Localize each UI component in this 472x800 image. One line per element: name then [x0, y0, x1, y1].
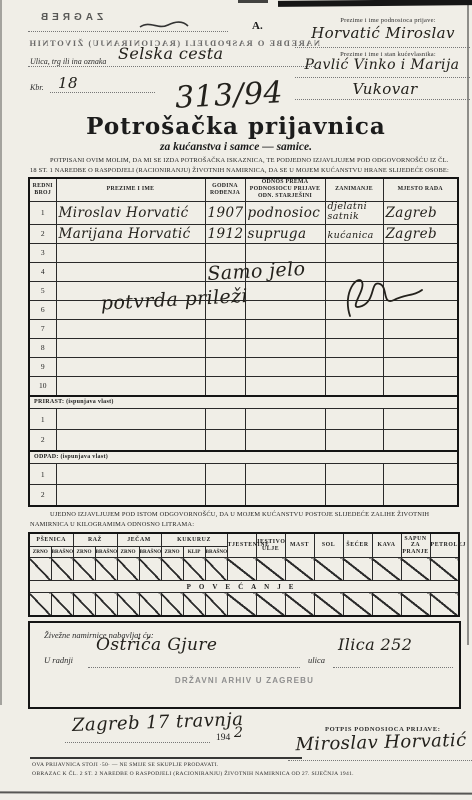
prirast-empty-cell — [245, 409, 325, 430]
member-relation — [245, 319, 325, 338]
col-header-birth-year: GODINA ROĐENJA — [205, 178, 245, 201]
supply-cell-crossed — [139, 593, 161, 617]
prirast-empty-cell — [205, 430, 245, 451]
member-relation — [245, 357, 325, 376]
supply-cell-crossed — [227, 593, 256, 617]
supplies-header: KUKURUZ — [161, 533, 227, 547]
member-relation: supruga — [245, 224, 325, 243]
scan-edge-right — [467, 0, 469, 645]
member-occupation-text: kućanica — [328, 231, 374, 241]
member-occupation — [325, 357, 383, 376]
year-printed: 194 — [216, 733, 230, 743]
odpad-empty-cell — [325, 464, 383, 485]
applicant-name-label: Prezime i ime podnosioca prijave: — [308, 17, 468, 24]
member-occupation — [325, 319, 383, 338]
street-value: Selska cesta — [118, 44, 224, 63]
rule-dotted — [295, 47, 470, 48]
member-ordinal: 4 — [29, 262, 56, 281]
supply-cell-crossed — [139, 558, 161, 581]
footer-fine-print-1: OVA PRIJAVNICA STOJI ·50· — NE SMIJE SE … — [32, 762, 219, 768]
odpad-empty-cell — [383, 464, 458, 485]
supply-cell-crossed — [314, 593, 343, 617]
scan-edge-left — [0, 0, 2, 705]
odpad-empty-cell — [245, 485, 325, 506]
member-row: 7 — [29, 319, 458, 338]
supply-cell-crossed — [285, 558, 314, 581]
col-header-occupation: ZANIMANJE — [325, 178, 383, 201]
house-number-label: Kbr. — [30, 83, 44, 92]
supply-cell-crossed — [256, 593, 285, 617]
member-ordinal: 2 — [29, 224, 56, 243]
member-name — [56, 243, 205, 262]
member-occupation: kućanica — [325, 224, 383, 243]
supplies-subheader: ZRNO — [117, 547, 139, 558]
member-row: 10 — [29, 376, 458, 396]
member-relation: podnosioc — [245, 201, 325, 224]
supply-cell-crossed — [343, 558, 372, 581]
scanned-ration-form: ZAGREB A. NAREDBE O RASPODJELI (RACIONIR… — [0, 0, 472, 800]
supplies-subheader: ZRNO — [29, 547, 51, 558]
shop-name-value: Ostrića Gjure — [96, 635, 217, 655]
member-relation-text: supruga — [248, 226, 307, 242]
odpad-band: ODPAD: (ispunjava vlast) — [29, 451, 458, 464]
odpad-empty-cell — [383, 485, 458, 506]
member-workplace — [383, 376, 458, 396]
prirast-empty-cell — [325, 430, 383, 451]
supplies-header: JEČAM — [117, 533, 161, 547]
declaration-paragraph-1: POTPISANI OVIM MOLIM, DA MI SE IZDA POTR… — [30, 156, 456, 176]
members-header-row: REDNI BROJ PREZIME I IME GODINA ROĐENJA … — [29, 178, 458, 201]
increase-row-label: POVEĆANJE — [29, 581, 459, 593]
applicant-name-value: Horvatić Miroslav — [296, 24, 470, 42]
member-ordinal: 5 — [29, 281, 56, 300]
pen-mark — [138, 18, 190, 32]
prirast-empty-cell — [245, 430, 325, 451]
supplies-subheader: BRAŠNO — [51, 547, 73, 558]
col-header-relation: ODNOS PREMA PODNOSIOCU PRIJAVE ODN. STAR… — [245, 178, 325, 201]
rule-dotted — [288, 760, 472, 761]
member-workplace: Zagreb — [383, 224, 458, 243]
prirast-label: PRIRAST: (ispunjava vlast) — [29, 396, 458, 409]
odpad-empty-cell — [245, 464, 325, 485]
prirast-empty-cell — [56, 409, 205, 430]
scan-edge-top-small — [238, 0, 268, 3]
prirast-empty-cell — [325, 409, 383, 430]
supply-cell-crossed — [401, 558, 430, 581]
member-birth-year-text: 1907 — [208, 205, 244, 221]
supplies-header: PETROLEJ — [430, 533, 459, 558]
prirast-row: 2 — [29, 430, 458, 451]
member-relation — [245, 376, 325, 396]
section-letter: A. — [252, 20, 263, 32]
member-name — [56, 376, 205, 396]
member-name-text: Miroslav Horvatić — [59, 205, 189, 221]
supply-cell-crossed — [117, 593, 139, 617]
food-supplies-table: PŠENICARAŽJEČAMKUKURUZTJESTENINEJESTIVO … — [28, 532, 460, 617]
supply-cell-crossed — [205, 593, 227, 617]
date-place-value: Zagreb 17 travnja — [72, 709, 244, 736]
prirast-empty-cell — [205, 409, 245, 430]
supplies-header: ŠEĆER — [343, 533, 372, 558]
rule-dotted — [65, 742, 210, 743]
rule-dotted — [50, 92, 155, 93]
supply-cell-crossed — [95, 593, 117, 617]
landlord-name-value: Pavlić Vinko i Marija — [294, 57, 470, 73]
shop-street-value: Ilica 252 — [338, 635, 412, 654]
supplies-group-header-row: PŠENICARAŽJEČAMKUKURUZTJESTENINEJESTIVO … — [29, 533, 459, 547]
member-ordinal: 6 — [29, 300, 56, 319]
odpad-empty-cell — [325, 485, 383, 506]
odpad-empty-cell — [205, 485, 245, 506]
member-ordinal: 7 — [29, 319, 56, 338]
rule-dotted — [88, 667, 300, 668]
member-ordinal: 1 — [29, 201, 56, 224]
supplies-header: PŠENICA — [29, 533, 73, 547]
supply-cell-crossed — [430, 593, 459, 617]
supplies-header: SAPUN ZA PRANJE — [401, 533, 430, 558]
member-ordinal: 3 — [29, 243, 56, 262]
member-workplace-text: Zagreb — [386, 205, 438, 221]
odpad-empty-cell — [56, 485, 205, 506]
odpad-row: 2 — [29, 485, 458, 506]
city-stamp-mirrored: ZAGREB — [30, 12, 110, 23]
prirast-ordinal: 2 — [29, 430, 56, 451]
members-body: 1Miroslav Horvatić1907podnosiocdjelatni … — [29, 201, 458, 505]
supplies-header: JESTIVO ULJE — [256, 533, 285, 558]
member-name — [56, 338, 205, 357]
scan-mark-line — [30, 757, 302, 759]
member-workplace-text: Zagreb — [386, 226, 438, 242]
annotation-flourish — [332, 272, 424, 320]
member-birth-year — [205, 338, 245, 357]
street-label: Ulica, trg ili ina oznaka — [30, 57, 106, 66]
member-name: Marijana Horvatić — [56, 224, 205, 243]
prirast-row: 1 — [29, 409, 458, 430]
member-occupation — [325, 376, 383, 396]
col-header-workplace: MJESTO RADA — [383, 178, 458, 201]
supply-cell-crossed — [51, 593, 73, 617]
prirast-ordinal: 1 — [29, 409, 56, 430]
supply-cell-crossed — [73, 593, 95, 617]
scan-edge-bottom — [0, 791, 472, 794]
member-ordinal: 9 — [29, 357, 56, 376]
supply-cell-crossed — [117, 558, 139, 581]
house-number-value: 18 — [58, 74, 78, 92]
prirast-band: PRIRAST: (ispunjava vlast) — [29, 396, 458, 409]
member-birth-year — [205, 319, 245, 338]
supply-cell-crossed — [285, 593, 314, 617]
supply-cell-crossed — [314, 558, 343, 581]
supplies-subheader: BRAŠNO — [95, 547, 117, 558]
increase-row: POVEĆANJE — [29, 581, 459, 593]
supplies-header: MAST — [285, 533, 314, 558]
member-row: 9 — [29, 357, 458, 376]
member-occupation: djelatni satnik — [325, 201, 383, 224]
supply-cell-crossed — [205, 558, 227, 581]
supplies-subheader: BRAŠNO — [205, 547, 227, 558]
member-row: 2Marijana Horvatić1912suprugakućanicaZag… — [29, 224, 458, 243]
supply-cell-crossed — [183, 593, 205, 617]
member-workplace — [383, 357, 458, 376]
household-members-table: REDNI BROJ PREZIME I IME GODINA ROĐENJA … — [28, 177, 459, 507]
col-header-ordinal: REDNI BROJ — [29, 178, 56, 201]
odpad-empty-cell — [56, 464, 205, 485]
supplies-header: TJESTENINE — [227, 533, 256, 558]
member-birth-year: 1907 — [205, 201, 245, 224]
supplies-subheader: BRAŠNO — [139, 547, 161, 558]
member-birth-year — [205, 357, 245, 376]
form-subtitle: za kućanstva i samce — samice. — [0, 141, 472, 153]
rule-dotted — [295, 77, 470, 78]
member-ordinal: 10 — [29, 376, 56, 396]
member-name-text: Marijana Horvatić — [59, 226, 191, 242]
supplies-header: RAŽ — [73, 533, 117, 547]
supply-cell-crossed — [372, 558, 401, 581]
member-row: 1Miroslav Horvatić1907podnosiocdjelatni … — [29, 201, 458, 224]
member-workplace — [383, 319, 458, 338]
supply-cell-crossed — [430, 558, 459, 581]
member-birth-year — [205, 376, 245, 396]
member-name — [56, 319, 205, 338]
supply-cell-crossed — [29, 593, 51, 617]
supply-cell-crossed — [183, 558, 205, 581]
member-occupation-text: djelatni satnik — [328, 202, 381, 222]
member-birth-year: 1912 — [205, 224, 245, 243]
supply-cell-crossed — [343, 593, 372, 617]
odpad-label: ODPAD: (ispunjava vlast) — [29, 451, 458, 464]
form-title: Potrošačka prijavnica — [0, 113, 472, 140]
odpad-ordinal: 2 — [29, 485, 56, 506]
registration-number: 313/94 — [174, 75, 284, 116]
member-relation — [245, 338, 325, 357]
supply-cell-crossed — [372, 593, 401, 617]
prirast-empty-cell — [56, 430, 205, 451]
supplies-header: SOL — [314, 533, 343, 558]
supplies-value-row — [29, 558, 459, 581]
supply-cell-crossed — [73, 558, 95, 581]
member-workplace — [383, 338, 458, 357]
declaration-paragraph-2: UJEDNO IZJAVLJUJEM POD ISTOM ODGOVORNOŠĆ… — [30, 510, 456, 530]
supplies-subheader: KLIP — [183, 547, 205, 558]
member-birth-year-text: 1912 — [208, 226, 244, 242]
odpad-ordinal: 1 — [29, 464, 56, 485]
supply-cell-crossed — [401, 593, 430, 617]
archive-stamp: DRŽAVNI ARHIV U ZAGREBU — [30, 676, 459, 685]
supplies-header: KAVA — [372, 533, 401, 558]
prirast-empty-cell — [383, 409, 458, 430]
supplies-subheader: ZRNO — [161, 547, 183, 558]
signature-value: Miroslav Horvatić — [290, 730, 472, 756]
shop-street-label: ulica — [308, 655, 325, 665]
supply-cell-crossed — [256, 558, 285, 581]
prirast-empty-cell — [383, 430, 458, 451]
supply-cell-crossed — [29, 558, 51, 581]
shop-declaration-box: Živežne namirnice nabavljat ću: U radnji… — [28, 621, 461, 709]
member-relation-text: podnosioc — [248, 205, 321, 221]
member-row: 8 — [29, 338, 458, 357]
member-workplace: Zagreb — [383, 201, 458, 224]
member-name: Miroslav Horvatić — [56, 201, 205, 224]
supply-cell-crossed — [161, 558, 183, 581]
rule-dotted — [333, 667, 453, 668]
col-header-name: PREZIME I IME — [56, 178, 205, 201]
scan-edge-top — [278, 0, 472, 7]
member-name — [56, 357, 205, 376]
supplies-value-row — [29, 593, 459, 617]
footer-fine-print-2: OBRAZAC K ČL. 2 ST. 2 NAREDBE O RASPODJE… — [32, 771, 354, 777]
rule-dotted — [295, 99, 470, 100]
shop-name-label: U radnji — [44, 655, 73, 665]
member-occupation — [325, 338, 383, 357]
supply-cell-crossed — [161, 593, 183, 617]
supply-cell-crossed — [51, 558, 73, 581]
landlord-city-value: Vukovar — [320, 80, 450, 98]
supplies-subheader: ZRNO — [73, 547, 95, 558]
year-handwritten: 2 — [234, 725, 243, 741]
rule-dotted — [28, 66, 316, 67]
member-birth-year — [205, 243, 245, 262]
odpad-empty-cell — [205, 464, 245, 485]
odpad-row: 1 — [29, 464, 458, 485]
member-ordinal: 8 — [29, 338, 56, 357]
rule-dotted — [28, 31, 228, 32]
supply-cell-crossed — [95, 558, 117, 581]
supply-cell-crossed — [227, 558, 256, 581]
